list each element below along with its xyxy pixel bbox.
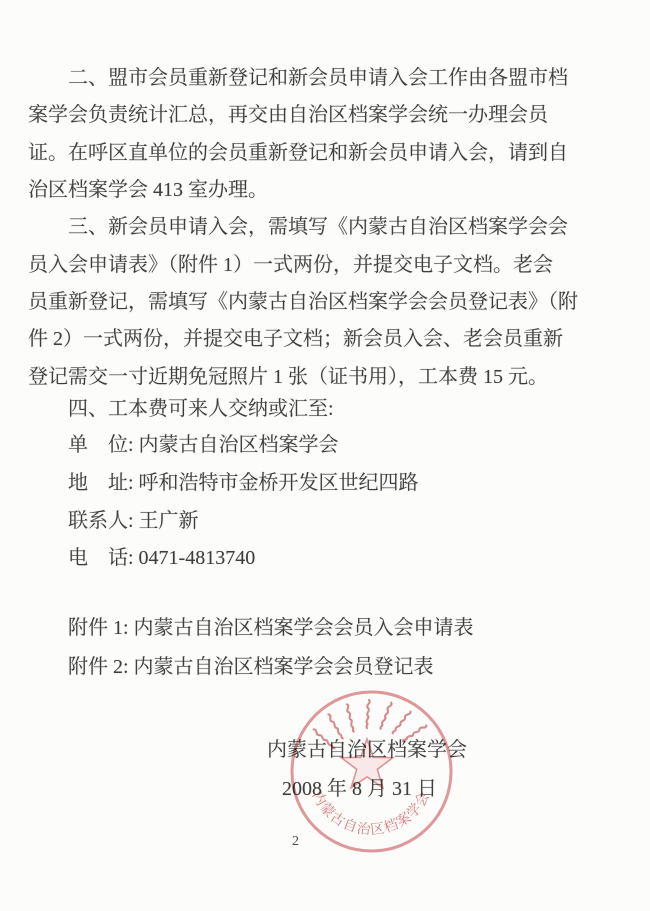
body-line: 三、新会员申请入会，需填写《内蒙古自治区档案学会会	[28, 214, 603, 240]
body-line: 案学会负责统计汇总，再交由自治区档案学会统一办理会员	[28, 102, 603, 128]
signature-date: 2008 年 8 月 31 日	[282, 776, 437, 802]
body-line: 四、工本费可来人交纳或汇至:	[28, 396, 603, 422]
contact-person-line: 联系人: 王广新	[28, 508, 603, 534]
attachment-1-line: 附件 1: 内蒙古自治区档案学会会员入会申请表	[28, 615, 603, 641]
body-line: 治区档案学会 413 室办理。	[28, 177, 603, 203]
scanned-document-page: 二、盟市会员重新登记和新会员申请入会工作由各盟市档 案学会负责统计汇总，再交由自…	[0, 0, 650, 911]
contact-unit-line: 单 位: 内蒙古自治区档案学会	[28, 432, 603, 458]
seal-ring	[292, 692, 451, 851]
body-line: 证。在呼区直单位的会员重新登记和新会员申请入会，请到自	[28, 140, 603, 166]
official-seal: 内蒙古自治区档案学会	[288, 688, 455, 855]
contact-phone-line: 电 话: 0471-4813740	[28, 545, 603, 571]
contact-address-line: 地 址: 呼和浩特市金桥开发区世纪四路	[28, 470, 603, 496]
body-line: 员重新登记，需填写《内蒙古自治区档案学会会员登记表》（附	[28, 289, 603, 315]
body-line: 件 2）一式两份，并提交电子文档；新会员入会、老会员重新	[28, 326, 603, 352]
page-number: 2	[292, 834, 299, 850]
body-line: 二、盟市会员重新登记和新会员申请入会工作由各盟市档	[28, 65, 603, 91]
attachment-2-line: 附件 2: 内蒙古自治区档案学会会员登记表	[28, 654, 603, 680]
body-line: 登记需交一寸近期免冠照片 1 张（证书用），工本费 15 元。	[28, 364, 603, 390]
signature-organization: 内蒙古自治区档案学会	[267, 737, 467, 763]
body-line: 员入会申请表》（附件 1）一式两份，并提交电子文档。老会	[28, 252, 603, 278]
